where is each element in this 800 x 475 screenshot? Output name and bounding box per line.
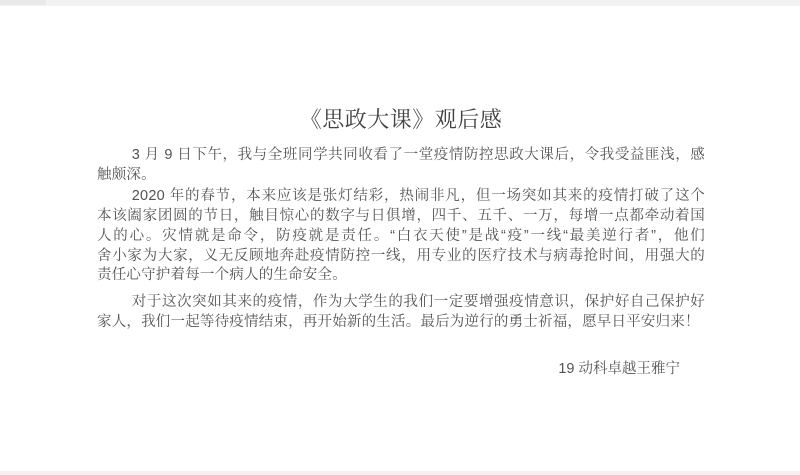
text-line: 人的心。灾情就是命令，防疫就是责任。“白衣天使”是战“疫”一线“最美逆行者”，他… [97, 227, 705, 247]
top-edge-strip [0, 0, 800, 6]
author-signature: 19 动科卓越王雅宁 [97, 360, 705, 380]
top-left-corner-segment [0, 0, 46, 5]
paragraph: 2020 年的春节，本来应该是张灯结彩，热闹非凡，但一场突如其来的疫情打破了这个… [97, 187, 705, 286]
text-line: 对于这次突如其来的疫情，作为大学生的我们一定要增强疫情意识，保护好自己保护好 [97, 293, 705, 313]
document-page: 《思政大课》观后感 3 月 9 日下午，我与全班同学共同收看了一堂疫情防控思政大… [0, 0, 800, 475]
text-line: 触颇深。 [97, 166, 705, 186]
bottom-edge-strip [0, 471, 800, 475]
text-line: 责任心守护着每一个病人的生命安全。 [97, 266, 705, 286]
paragraph: 3 月 9 日下午，我与全班同学共同收看了一堂疫情防控思政大课后，令我受益匪浅，… [97, 146, 705, 185]
text-line: 舍小家为大家，义无反顾地奔赴疫情防控一线，用专业的医疗技术与病毒抢时间，用强大的 [97, 247, 705, 267]
text-line: 2020 年的春节，本来应该是张灯结彩，热闹非凡，但一场突如其来的疫情打破了这个 [97, 187, 705, 207]
text-line: 3 月 9 日下午，我与全班同学共同收看了一堂疫情防控思政大课后，令我受益匪浅，… [97, 146, 705, 166]
document-title: 《思政大课》观后感 [97, 107, 705, 133]
text-line: 家人，我们一起等待疫情结束，再开始新的生活。最后为逆行的勇士祈福，愿早日平安归来… [97, 313, 705, 333]
paragraph: 对于这次突如其来的疫情，作为大学生的我们一定要增强疫情意识，保护好自己保护好 家… [97, 293, 705, 332]
essay-body: 《思政大课》观后感 3 月 9 日下午，我与全班同学共同收看了一堂疫情防控思政大… [97, 107, 705, 380]
text-line: 本该阖家团圆的节日，触目惊心的数字与日俱增，四千、五千、一万，每增一点都牵动着国 [97, 207, 705, 227]
